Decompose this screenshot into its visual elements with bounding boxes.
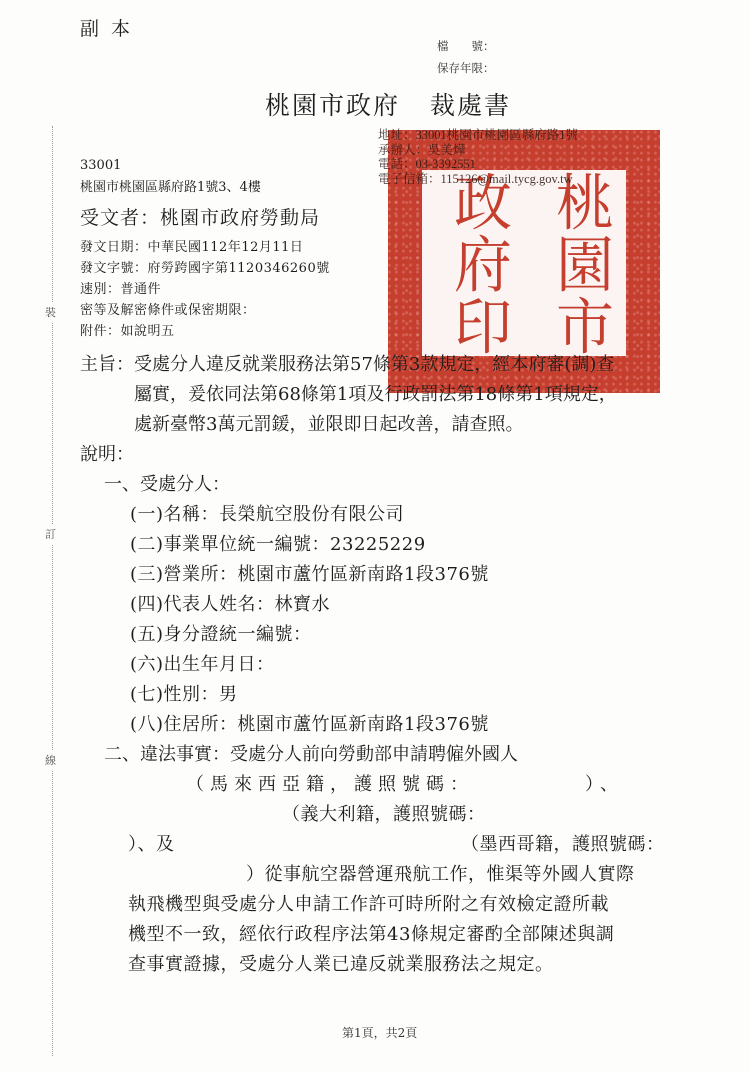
party-id-number: (五)身分證統一編號： <box>130 620 312 646</box>
seal-char: 印 <box>422 292 524 357</box>
contact-address: 地址：33001桃園市桃園區縣府路1號 <box>378 128 578 143</box>
violation-line: ）、及 <box>128 830 175 856</box>
subject-body: 受處分人違反就業服務法第57條第3款規定，經本府審(調)查 屬實，爰依同法第68… <box>134 350 694 440</box>
page-indicator: 第1頁，共2頁 <box>342 1024 417 1041</box>
party-tax-id: (二)事業單位統一編號：23225229 <box>130 530 426 556</box>
seal-inner-field: 桃 園 市 政 府 印 <box>422 170 626 356</box>
issue-date: 發文日期：中華民國112年12月11日 <box>80 236 303 255</box>
party-birth-date: (六)出生年月日： <box>130 650 275 676</box>
classification: 密等及解密條件或保密期限： <box>80 299 256 318</box>
subject-label: 主旨： <box>80 350 134 380</box>
contact-handler: 承辦人：吳美燁 <box>378 143 578 158</box>
sender-address: 桃園市桃園區縣府路1號3、4樓 <box>80 176 261 195</box>
section-2-heading: 二、違法事實：受處分人前向勞動部申請聘僱外國人 <box>104 740 518 766</box>
copy-mark: 副本 <box>80 14 142 41</box>
seal-char: 園 <box>524 230 626 295</box>
delivery-speed: 速別：普通件 <box>80 278 161 297</box>
violation-line: 機型不一致，經依行政程序法第43條規定審酌全部陳述與調 <box>128 920 614 946</box>
seal-char: 市 <box>524 292 626 357</box>
sender-zip: 33001 <box>80 158 121 173</box>
contact-email[interactable]: 電子信箱：115126@mail.tycg.gov.tw <box>378 172 578 187</box>
binding-mark-3: 線 <box>45 750 56 770</box>
binding-mark-2: 訂 <box>45 524 56 544</box>
recipient: 受文者：桃園市政府勞動局 <box>80 203 320 230</box>
violation-line: 查事實證據，受處分人業已違反就業服務法之規定。 <box>128 950 554 976</box>
subject-line: 受處分人違反就業服務法第57條第3款規定，經本府審(調)查 <box>134 350 694 380</box>
title-issuer: 桃園市政府 <box>265 91 400 120</box>
contact-block: 地址：33001桃園市桃園區縣府路1號 承辦人：吳美燁 電話：03-339255… <box>378 128 578 186</box>
retention-period-label: 保存年限： <box>437 60 495 76</box>
party-business-address: (三)營業所：桃園市蘆竹區新南路1段376號 <box>130 560 489 586</box>
title-doc-type: 裁處書 <box>430 91 511 120</box>
binding-mark-1: 裝 <box>45 302 56 322</box>
document-title: 桃園市政府裁處書 <box>265 86 511 122</box>
subject-line: 處新臺幣3萬元罰鍰，並限即日起改善，請查照。 <box>134 410 694 440</box>
violation-line: 執飛機型與受處分人申請工作許可時所附之有效檢定證所載 <box>128 890 609 916</box>
party-representative: (四)代表人姓名：林寶水 <box>130 590 330 616</box>
explanation-label: 說明： <box>80 440 134 466</box>
seal-characters: 桃 園 市 政 府 印 <box>422 170 626 356</box>
binding-line <box>52 126 53 1056</box>
archive-number-label: 檔 號： <box>437 38 495 54</box>
attachments: 附件：如說明五 <box>80 320 175 339</box>
violation-line: （馬來西亞籍，護照號碼： ）、 <box>186 770 624 796</box>
contact-phone: 電話：03-3392551 <box>378 157 578 172</box>
seal-char: 府 <box>422 230 524 295</box>
document-number: 發文字號：府勞跨國字第1120346260號 <box>80 257 330 276</box>
party-gender: (七)性別：男 <box>130 680 238 706</box>
subject-line: 屬實，爰依同法第68條第1項及行政罰法第18條第1項規定， <box>134 380 694 410</box>
violation-line: （墨西哥籍，護照號碼： <box>461 830 665 856</box>
party-name: (一)名稱：長榮航空股份有限公司 <box>130 500 404 526</box>
section-1-heading: 一、受處分人： <box>104 470 230 496</box>
violation-line: （義大利籍，護照號碼： <box>282 800 486 826</box>
party-residence: (八)住居所：桃園市蘆竹區新南路1段376號 <box>130 710 489 736</box>
violation-line: ）從事航空器營運飛航工作，惟渠等外國人實際 <box>246 860 635 886</box>
